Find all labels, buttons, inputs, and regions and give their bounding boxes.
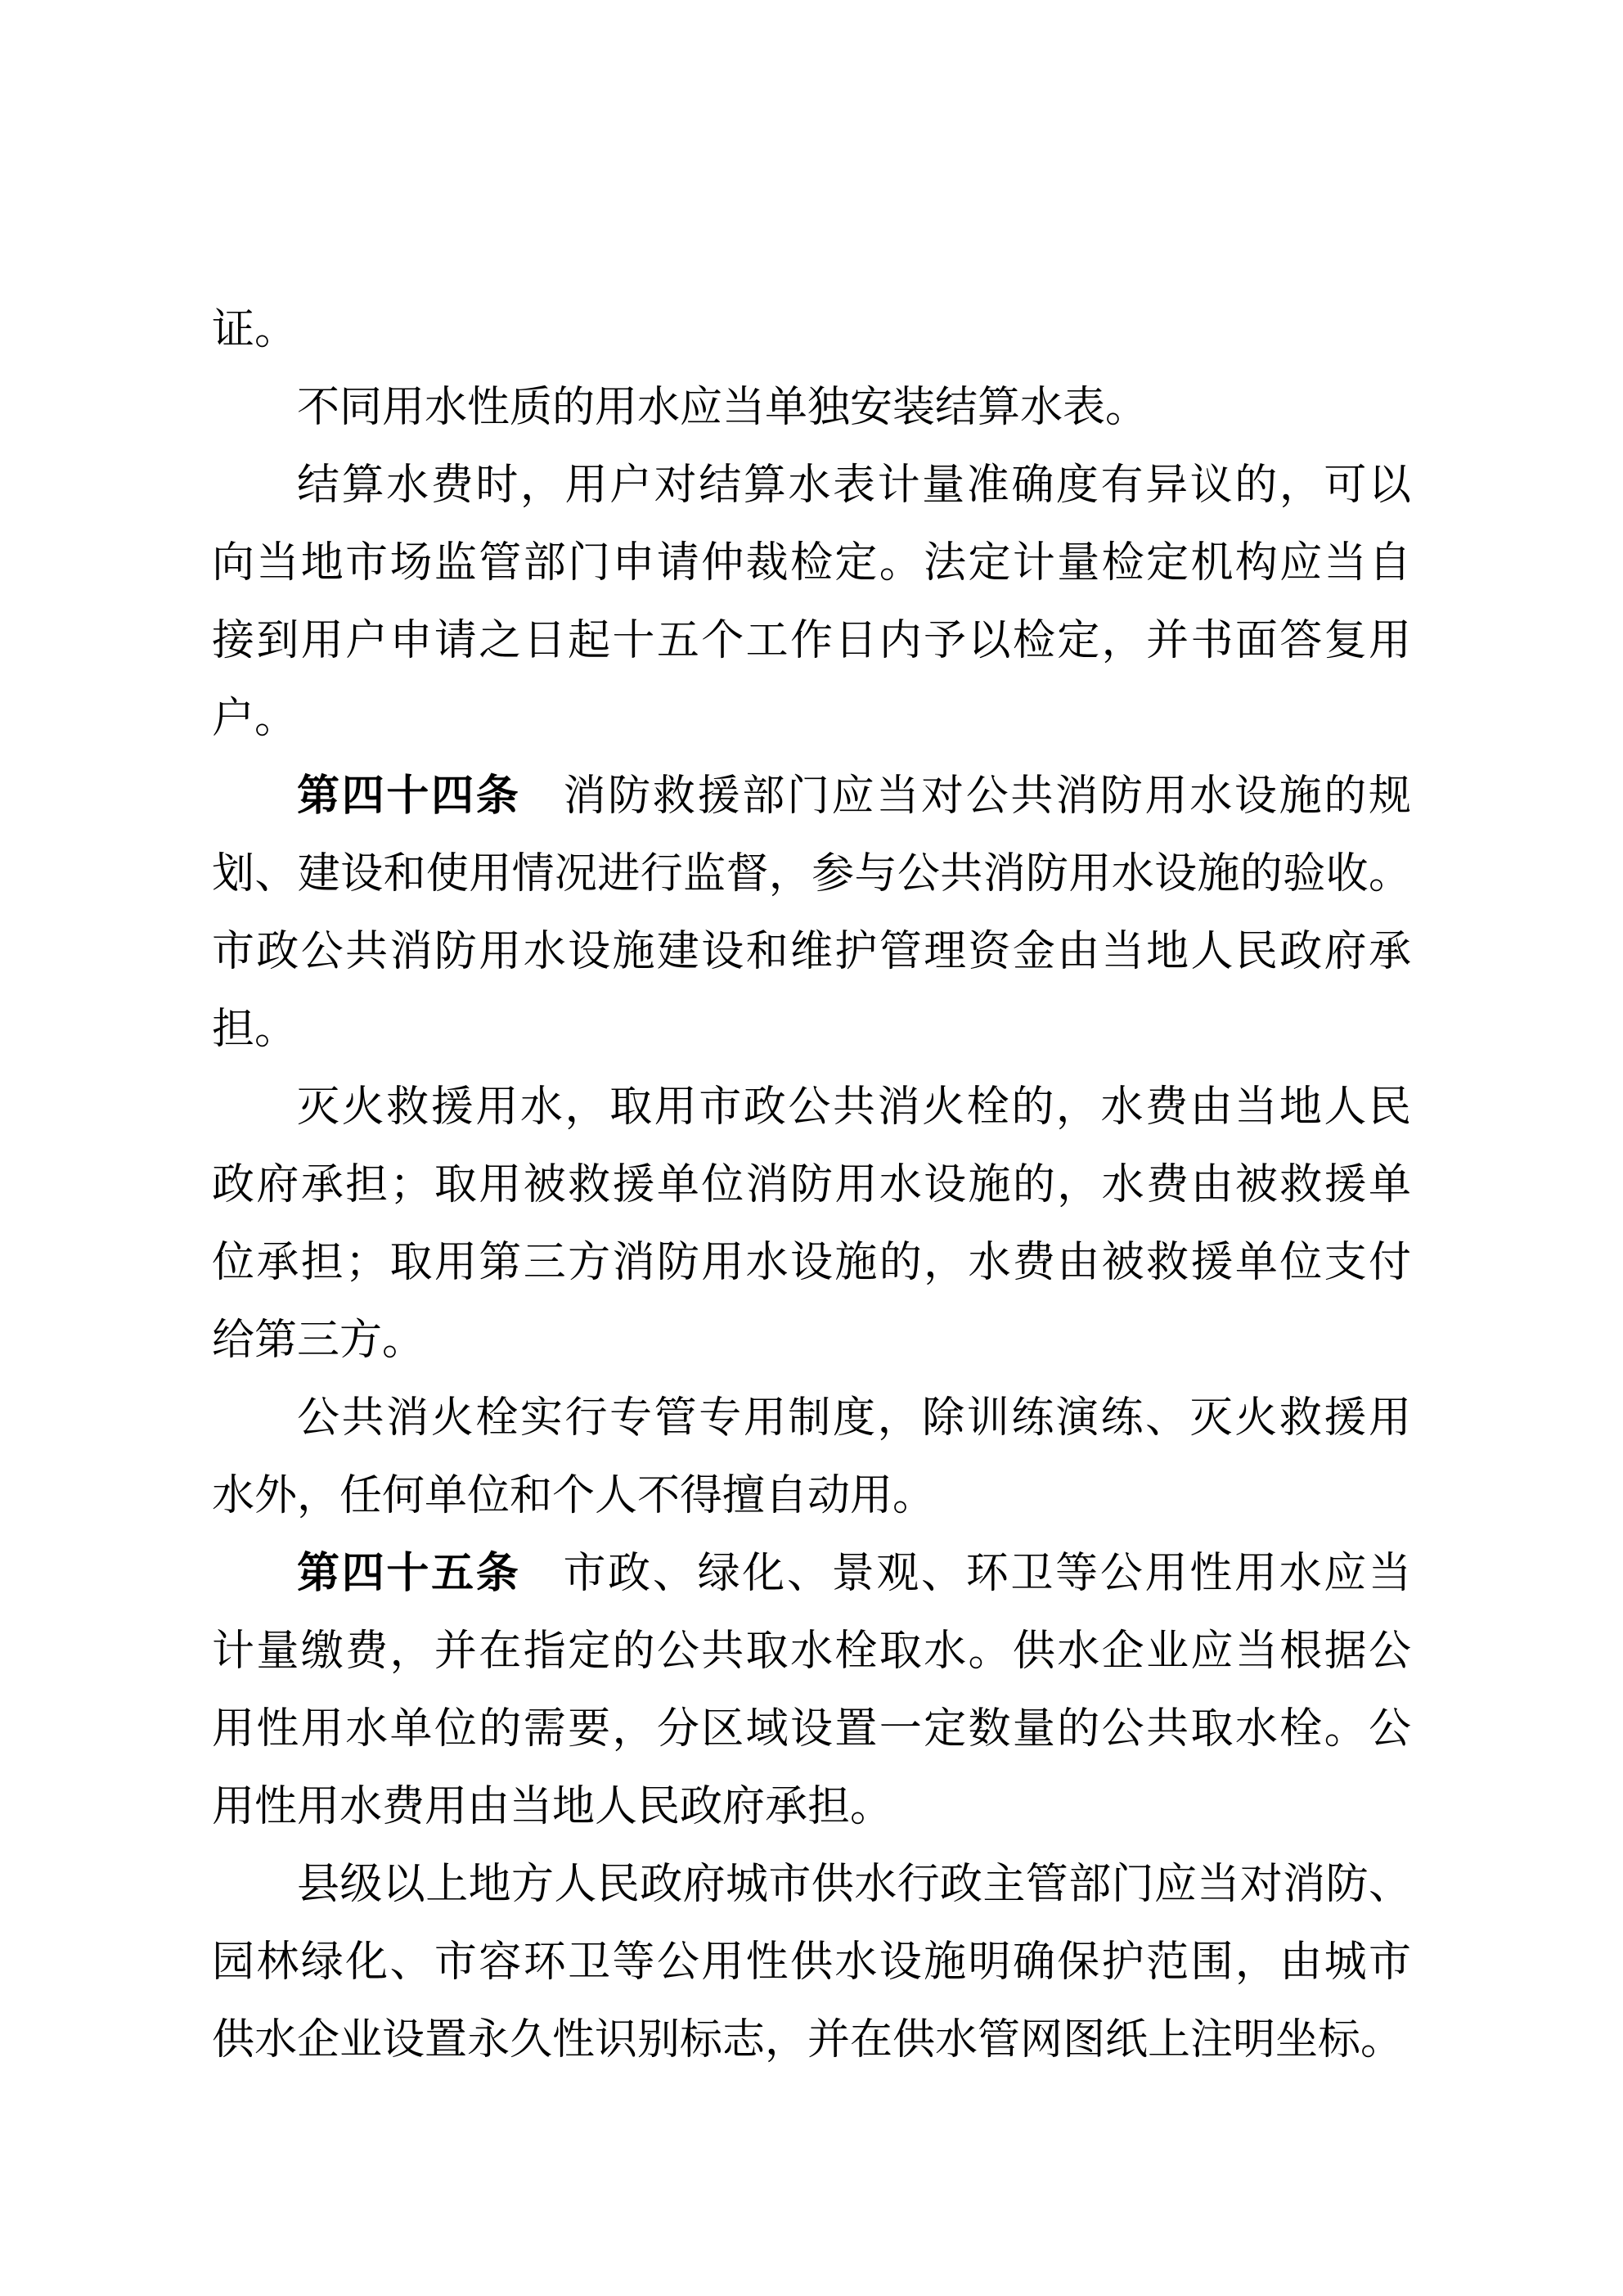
text-line: 园林绿化、市容环卫等公用性供水设施明确保护范围，由城市 — [212, 1924, 1411, 2001]
text-line: 证。 — [212, 291, 1411, 369]
text-line: 供水企业设置永久性识别标志，并在供水管网图纸上注明坐标。 — [212, 2001, 1411, 2079]
paragraph-article-44: 第四十四条消防救援部门应当对公共消防用水设施的规 划、建设和使用情况进行监督，参… — [212, 758, 1411, 1069]
paragraph-continuation: 证。 — [212, 291, 1411, 369]
text-line: 第四十四条消防救援部门应当对公共消防用水设施的规 — [212, 758, 1411, 835]
text-line: 第四十五条市政、绿化、景观、环卫等公用性用水应当 — [212, 1535, 1411, 1613]
text-line: 灭火救援用水，取用市政公共消火栓的，水费由当地人民 — [212, 1069, 1411, 1146]
text-line: 位承担；取用第三方消防用水设施的，水费由被救援单位支付 — [212, 1224, 1411, 1302]
text-line: 水外，任何单位和个人不得擅自动用。 — [212, 1457, 1411, 1535]
text-line: 县级以上地方人民政府城市供水行政主管部门应当对消防、 — [212, 1846, 1411, 1924]
paragraph: 县级以上地方人民政府城市供水行政主管部门应当对消防、 园林绿化、市容环卫等公用性… — [212, 1846, 1411, 2079]
line-text: 消防救援部门应当对公共消防用水设施的规 — [563, 773, 1411, 820]
text-line: 不同用水性质的用水应当单独安装结算水表。 — [212, 369, 1411, 447]
article-number-heading: 第四十四条 — [297, 772, 520, 820]
text-line: 政府承担；取用被救援单位消防用水设施的，水费由被救援单 — [212, 1146, 1411, 1224]
text-line: 接到用户申请之日起十五个工作日内予以检定，并书面答复用 — [212, 602, 1411, 680]
text-line: 结算水费时，用户对结算水表计量准确度有异议的，可以 — [212, 447, 1411, 524]
article-number-heading: 第四十五条 — [297, 1550, 520, 1597]
text-line: 给第三方。 — [212, 1302, 1411, 1380]
text-line: 用性用水费用由当地人民政府承担。 — [212, 1768, 1411, 1846]
text-line: 担。 — [212, 991, 1411, 1069]
paragraph: 灭火救援用水，取用市政公共消火栓的，水费由当地人民 政府承担；取用被救援单位消防… — [212, 1069, 1411, 1380]
text-line: 计量缴费，并在指定的公共取水栓取水。供水企业应当根据公 — [212, 1613, 1411, 1690]
text-line: 用性用水单位的需要，分区域设置一定数量的公共取水栓。公 — [212, 1690, 1411, 1768]
text-line: 户。 — [212, 680, 1411, 758]
text-line: 公共消火栓实行专管专用制度，除训练演练、灭火救援用 — [212, 1380, 1411, 1457]
document-page: { "page": { "background_color": "#ffffff… — [0, 0, 1623, 2296]
paragraph-article-45: 第四十五条市政、绿化、景观、环卫等公用性用水应当 计量缴费，并在指定的公共取水栓… — [212, 1535, 1411, 1846]
paragraph: 结算水费时，用户对结算水表计量准确度有异议的，可以 向当地市场监管部门申请仲裁检… — [212, 447, 1411, 758]
text-line: 划、建设和使用情况进行监督，参与公共消防用水设施的验收。 — [212, 835, 1411, 913]
paragraph: 不同用水性质的用水应当单独安装结算水表。 — [212, 369, 1411, 447]
text-line: 市政公共消防用水设施建设和维护管理资金由当地人民政府承 — [212, 913, 1411, 991]
line-text: 市政、绿化、景观、环卫等公用性用水应当 — [563, 1551, 1411, 1597]
text-column: 证。 不同用水性质的用水应当单独安装结算水表。 结算水费时，用户对结算水表计量准… — [212, 291, 1411, 2079]
text-line: 向当地市场监管部门申请仲裁检定。法定计量检定机构应当自 — [212, 524, 1411, 602]
paragraph: 公共消火栓实行专管专用制度，除训练演练、灭火救援用 水外，任何单位和个人不得擅自… — [212, 1380, 1411, 1535]
page-background: 证。 不同用水性质的用水应当单独安装结算水表。 结算水费时，用户对结算水表计量准… — [0, 0, 1623, 2296]
